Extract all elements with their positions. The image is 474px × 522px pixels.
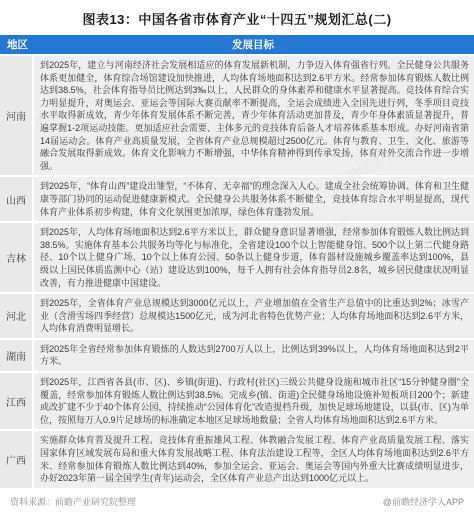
goal-text: 到2025年，全省体育产业总规模达到3000亿元以上，产业增加值在全省生产总值中…	[34, 294, 474, 338]
goal-column-header: 发展目标	[32, 37, 474, 52]
table-row: 湖南 到2025年全省经常参加体育锻炼的人数达到2700万人以上，比例达到39%…	[0, 340, 474, 371]
region-label: 山西	[0, 177, 32, 221]
goal-text: 到2025年，人均体育场地面积达到2.6平方米以上，群众健身意识显著增强，经常参…	[34, 223, 474, 292]
goal-text: 到2025年，建立与河南经济社会发展相适应的体育发展新机制，力争迈入体育强省行列…	[34, 56, 474, 175]
region-label: 广西	[0, 431, 32, 487]
footer: 资料来源：前瞻产业研究院整理 @前瞻经济学人APP	[0, 490, 474, 508]
table-row: 广西 实施群众体育普及提升工程、竞技体育重振雄风工程、体教融合发展工程、体育产业…	[0, 431, 474, 487]
goal-text: 到2025年，“体育山西”建设出雏型，“不体育、无幸福”的理念深入人心。建成全社…	[34, 177, 474, 221]
table-row: 河北 到2025年，全省体育产业总规模达到3000亿元以上，产业增加值在全省生产…	[0, 294, 474, 338]
table-row: 吉林 到2025年，人均体育场地面积达到2.6平方米以上，群众健身意识显著增强，…	[0, 223, 474, 292]
goal-text: 实施群众体育普及提升工程、竞技体育重振雄风工程、体教融合发展工程、体育产业高质量…	[34, 431, 474, 487]
table-row: 山西 到2025年，“体育山西”建设出雏型，“不体育、无幸福”的理念深入人心。建…	[0, 177, 474, 221]
page-title: 图表13：中国各省市体育产业“十四五”规划汇总(二)	[0, 0, 474, 35]
goal-text: 到2025年全省经常参加体育锻炼的人数达到2700万人以上，比例达到39%以上，…	[34, 340, 474, 371]
region-label: 吉林	[0, 223, 32, 292]
region-label: 江西	[0, 373, 32, 429]
region-label: 河南	[0, 56, 32, 175]
table-header-row: 地区 发展目标	[0, 35, 474, 54]
region-label: 湖南	[0, 340, 32, 371]
goal-text: 到2025年，江西省各县(市、区)、乡镇(街道)、行政村(社区)三级公共健身设施…	[34, 373, 474, 429]
region-column-header: 地区	[0, 37, 32, 52]
table-row: 河南 到2025年，建立与河南经济社会发展相适应的体育发展新机制，力争迈入体育强…	[0, 56, 474, 175]
source-note: 资料来源：前瞻产业研究院整理	[10, 495, 136, 508]
brand-credit: @前瞻经济学人APP	[383, 495, 464, 508]
table-row: 江西 到2025年，江西省各县(市、区)、乡镇(街道)、行政村(社区)三级公共健…	[0, 373, 474, 429]
planning-table: 地区 发展目标 河南 到2025年，建立与河南经济社会发展相适应的体育发展新机制…	[0, 35, 474, 488]
region-label: 河北	[0, 294, 32, 338]
